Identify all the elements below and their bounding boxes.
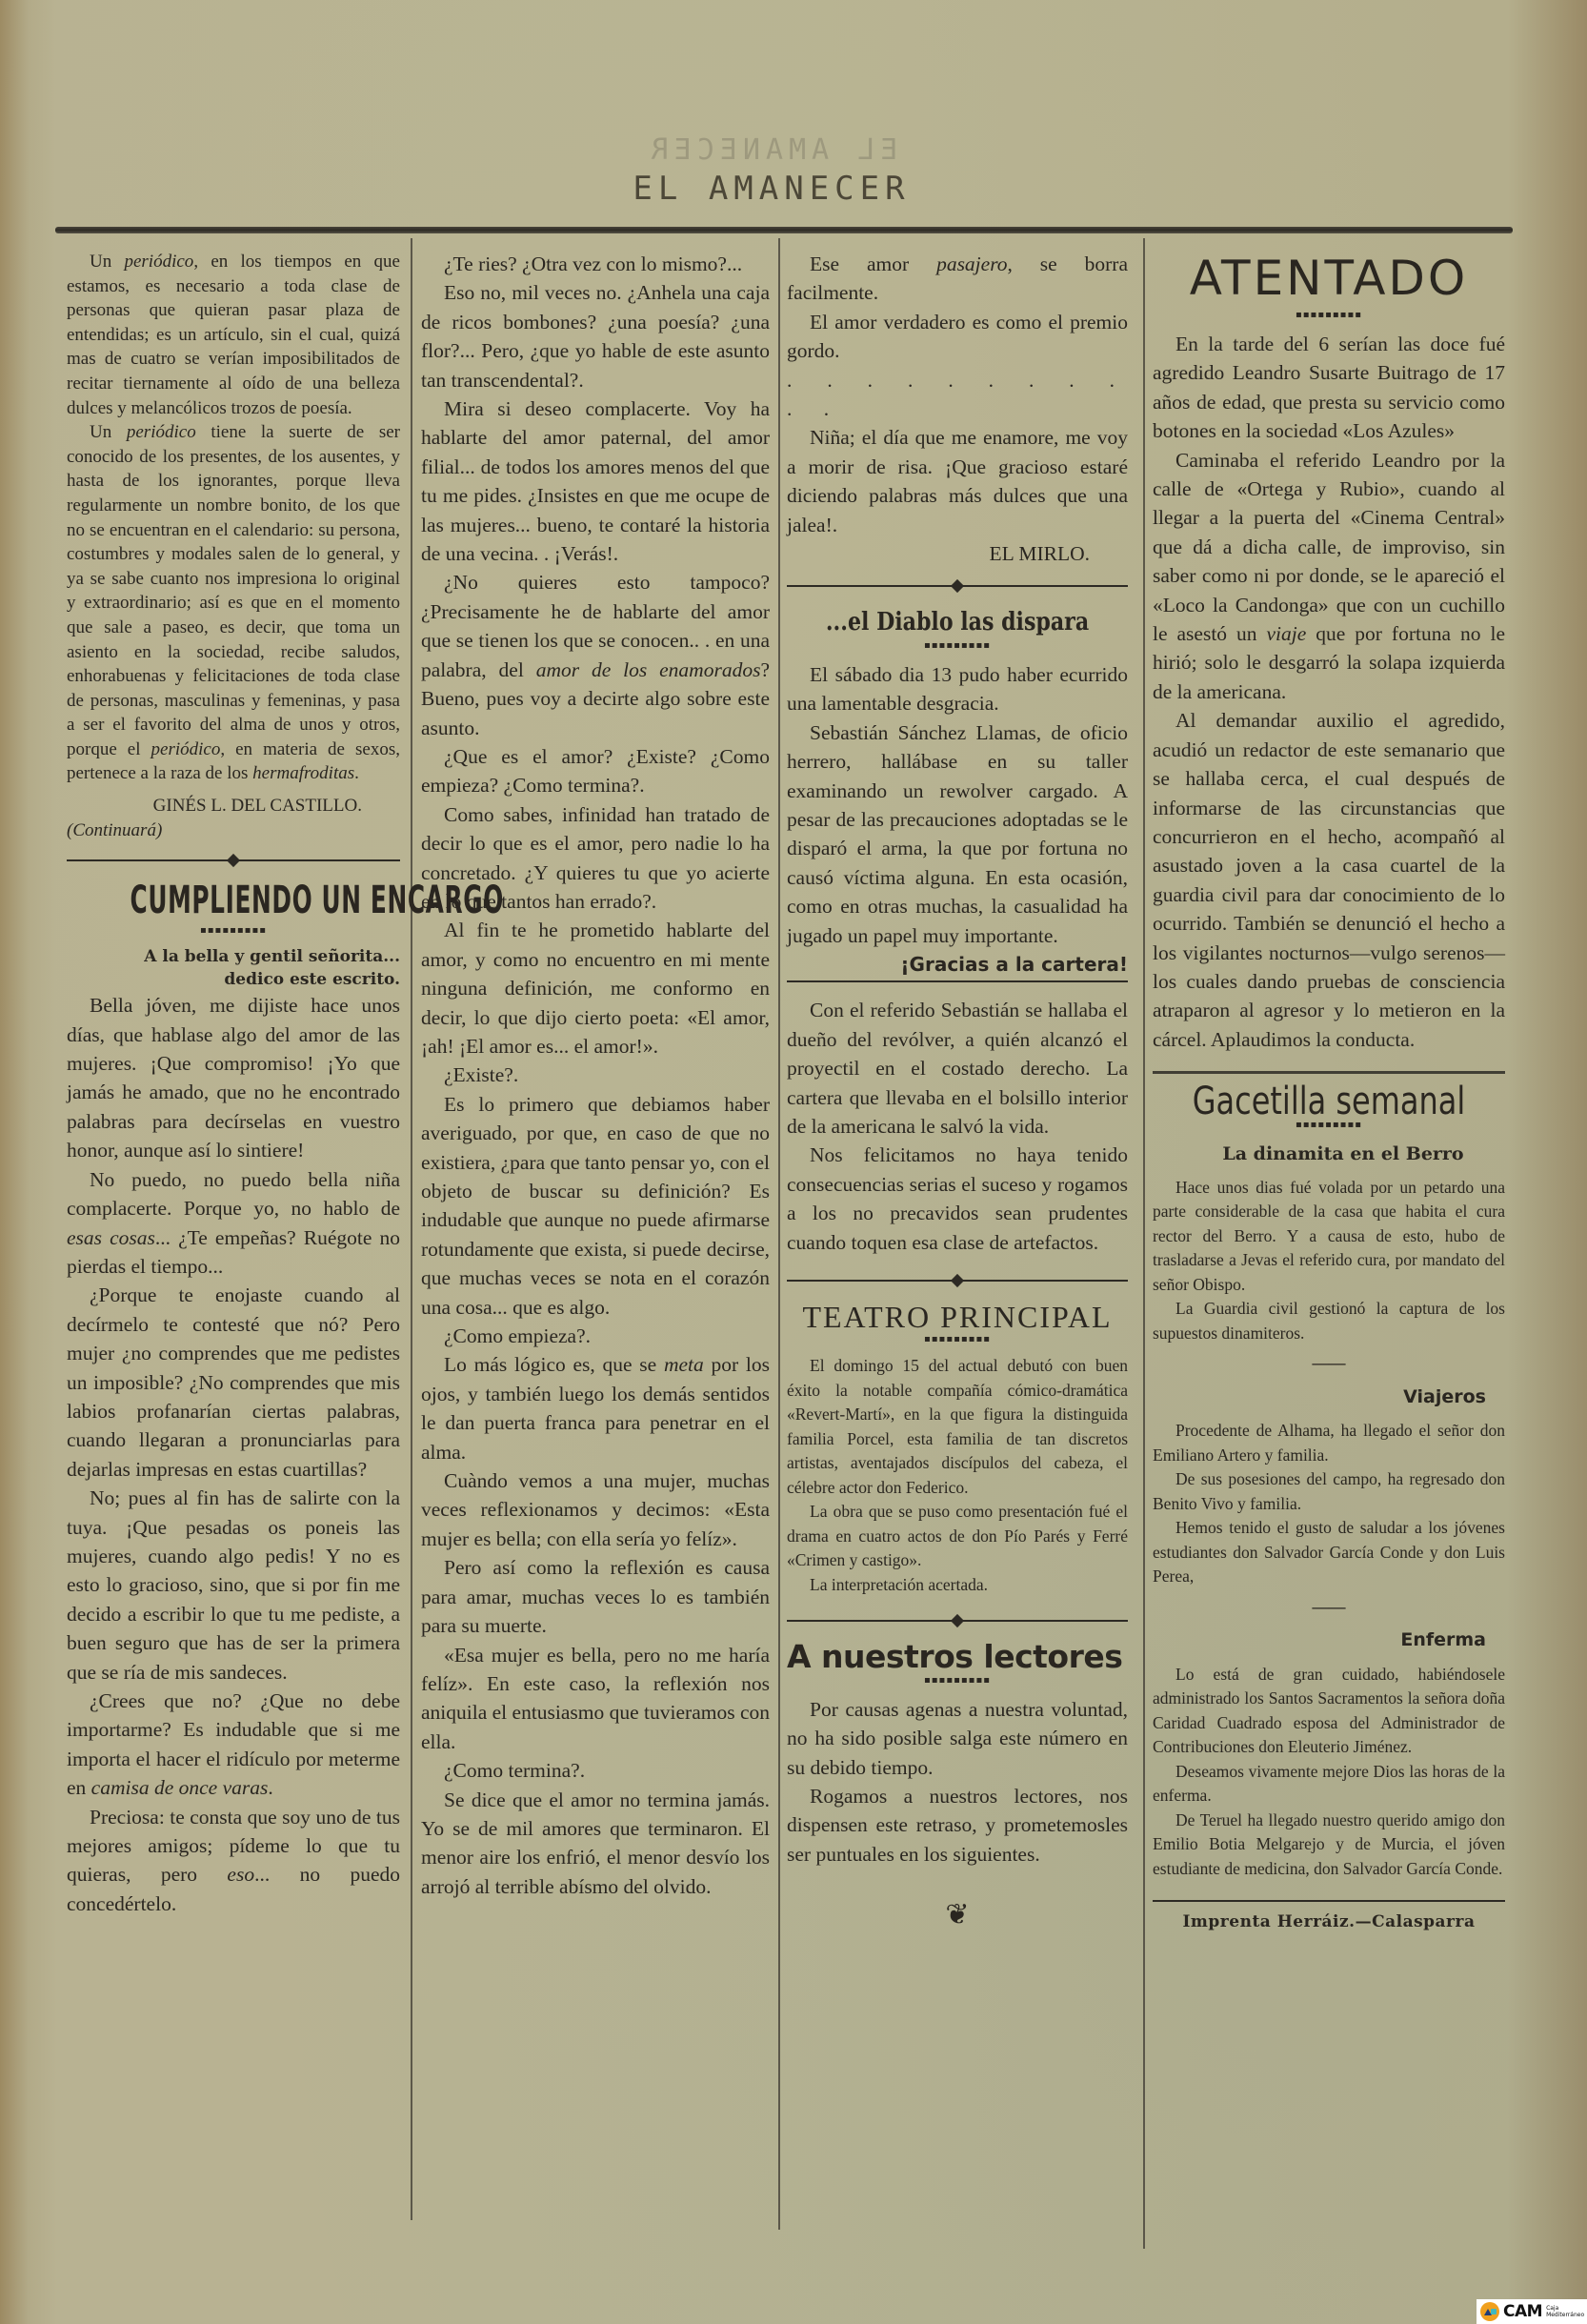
paragraph: El amor verdadero es como el premio gord… [787,308,1128,366]
paragraph: La Guardia civil gestionó la captura de … [1153,1297,1505,1345]
paragraph: Mira si deseo complacerte. Voy ha hablar… [421,394,770,568]
paragraph: Al fin te he prometido hablarte del amor… [421,916,770,1061]
column-4: ATENTADO ▪▪▪▪▪▪▪▪▪ En la tarde del 6 ser… [1153,250,1505,1937]
dash-divider: —— [1153,1595,1505,1620]
paragraph: Lo está de gran cuidado, habiéndosele ad… [1153,1663,1505,1760]
paragraph: Eso no, mil veces no. ¿Anhela una caja d… [421,278,770,394]
paragraph: ¿Te ries? ¿Otra vez con lo mismo?... [421,250,770,278]
section-subtitle: Enferma [1153,1628,1505,1653]
printer-imprint: Imprenta Herráiz.—Calasparra [1153,1900,1505,1936]
paragraph: ¿Existe?. [421,1061,770,1089]
paragraph: Deseamos vivamente mejore Dios las horas… [1153,1760,1505,1809]
article-title: ATENTADO [1153,250,1505,307]
title-ornament: ▪▪▪▪▪▪▪▪▪ [787,1674,1128,1687]
paragraph: Hemos tenido el gusto de saludar a los j… [1153,1516,1505,1589]
paragraph: ¿Porque te enojaste cuando al decírmelo … [67,1281,400,1484]
title-ornament: ▪▪▪▪▪▪▪▪▪ [787,639,1128,653]
paragraph: Rogamos a nuestros lectores, nos dispens… [787,1782,1128,1869]
paragraph: En la tarde del 6 serían las doce fué ag… [1153,330,1505,446]
article-subtitle: ¡Gracias a la cartera! [787,950,1128,982]
paragraph: Hace unos dias fué volada por un petardo… [1153,1176,1505,1298]
paragraph: ¿Como termina?. [421,1756,770,1785]
column-divider [411,238,412,2220]
paragraph: Caminaba el referido Leandro por la call… [1153,446,1505,707]
paragraph: «Esa mujer es bella, pero no me haría fe… [421,1641,770,1757]
section-subtitle: La dinamita en el Berro [1153,1140,1505,1168]
title-ornament: ▪▪▪▪▪▪▪▪▪ [67,924,400,938]
ornament-icon: ❦ [787,1901,1128,1930]
ornamental-divider [787,1274,1128,1287]
paragraph: Nos felicitamos no haya tenido consecuen… [787,1141,1128,1257]
paragraph: Con el referido Sebastián se hallaba el … [787,996,1128,1141]
dash-divider: —— [1153,1351,1505,1376]
article-title: TEATRO PRINCIPAL [787,1303,1128,1331]
paragraph: Cuàndo vemos a una mujer, muchas veces r… [421,1466,770,1553]
masthead-bleedthrough: EL AMANECER [610,133,934,167]
watermark-sub: Caja [1546,2305,1584,2312]
ornamental-divider [67,854,400,867]
paragraph: Como sabes, infinidad han tratado de dec… [421,800,770,917]
paragraph: ¿Crees que no? ¿Que no debe importarme? … [67,1687,400,1803]
article-title: Gacetilla semanal [1188,1087,1470,1116]
continues-note: (Continuará) [67,818,400,843]
column-2: ¿Te ries? ¿Otra vez con lo mismo?... Eso… [421,250,770,1901]
paragraph: ¿Que es el amor? ¿Existe? ¿Como empieza?… [421,742,770,800]
paragraph: Lo más lógico es, que se meta por los oj… [421,1350,770,1466]
title-ornament: ▪▪▪▪▪▪▪▪▪ [787,1333,1128,1346]
paragraph: Por causas agenas a nuestra voluntad, no… [787,1695,1128,1782]
ellipsis-line: . . . . . . . . . . . [787,366,1128,424]
article-title: A nuestros lectores [787,1643,1128,1671]
paragraph: Pero así como la reflexión es causa para… [421,1553,770,1640]
column-divider [778,238,780,2230]
masthead-rule [55,227,1513,233]
paragraph: El domingo 15 del actual debutó con buen… [787,1354,1128,1500]
author-signature: GINÉS L. DEL CASTILLO. [67,794,400,818]
paragraph: Sebastián Sánchez Llamas, de oficio herr… [787,718,1128,950]
masthead-title: EL AMANECER [610,170,934,208]
ornamental-divider [787,1614,1128,1627]
dedication: A la bella y gentil señorita... dedico e… [67,945,400,991]
paragraph: Al demandar auxilio el agredido, acudió … [1153,706,1505,1054]
title-ornament: ▪▪▪▪▪▪▪▪▪ [1153,309,1505,322]
paragraph: La interpretación acertada. [787,1573,1128,1598]
paragraph: Ese amor pasajero, se borra facilmente. [787,250,1128,308]
watermark-sub: Mediterráneo [1546,2312,1584,2318]
archive-watermark: CAM Caja Mediterráneo [1477,2299,1587,2324]
paragraph: Un periódico tiene la suerte de ser cono… [67,420,400,786]
article-title: CUMPLIENDO UN ENCARGO [131,879,337,922]
column-divider [1143,238,1145,2249]
newspaper-page: EL AMANECER EL AMANECER Un periódico, en… [0,0,1587,2324]
watermark-brand: CAM [1503,2302,1542,2321]
paragraph: Niña; el día que me enamore, me voy a mo… [787,423,1128,539]
paragraph: Se dice que el amor no termina jamás. Yo… [421,1786,770,1902]
article-title: ...el Diablo las dispara [813,608,1102,637]
paragraph: Un periódico, en los tiempos en que esta… [67,250,400,420]
paragraph: De Teruel ha llegado nuestro querido ami… [1153,1809,1505,1882]
paragraph: De sus posesiones del campo, ha regresad… [1153,1467,1505,1516]
paragraph: Preciosa: te consta que soy uno de tus m… [67,1803,400,1919]
section-subtitle: Viajeros [1153,1385,1505,1410]
author-signature: EL MIRLO. [787,539,1128,568]
paragraph: No; pues al fin has de salirte con la tu… [67,1484,400,1687]
paragraph: Bella jóven, me dijiste hace unos días, … [67,991,400,1164]
paragraph: ¿No quieres esto tampoco? ¿Precisamente … [421,568,770,741]
section-rule [1153,1071,1505,1074]
paragraph: El sábado dia 13 pudo haber ecurrido una… [787,660,1128,718]
ornamental-divider [787,579,1128,593]
paragraph: ¿Como empieza?. [421,1322,770,1350]
column-1: Un periódico, en los tiempos en que esta… [67,250,400,1918]
paragraph: Es lo primero que debiamos haber averigu… [421,1090,770,1322]
column-3: Ese amor pasajero, se borra facilmente. … [787,250,1128,1930]
cam-logo-icon [1480,2302,1499,2321]
paragraph: La obra que se puso como presentación fu… [787,1500,1128,1573]
paragraph: No puedo, no puedo bella niña complacert… [67,1165,400,1282]
paragraph: Procedente de Alhama, ha llegado el seño… [1153,1419,1505,1467]
